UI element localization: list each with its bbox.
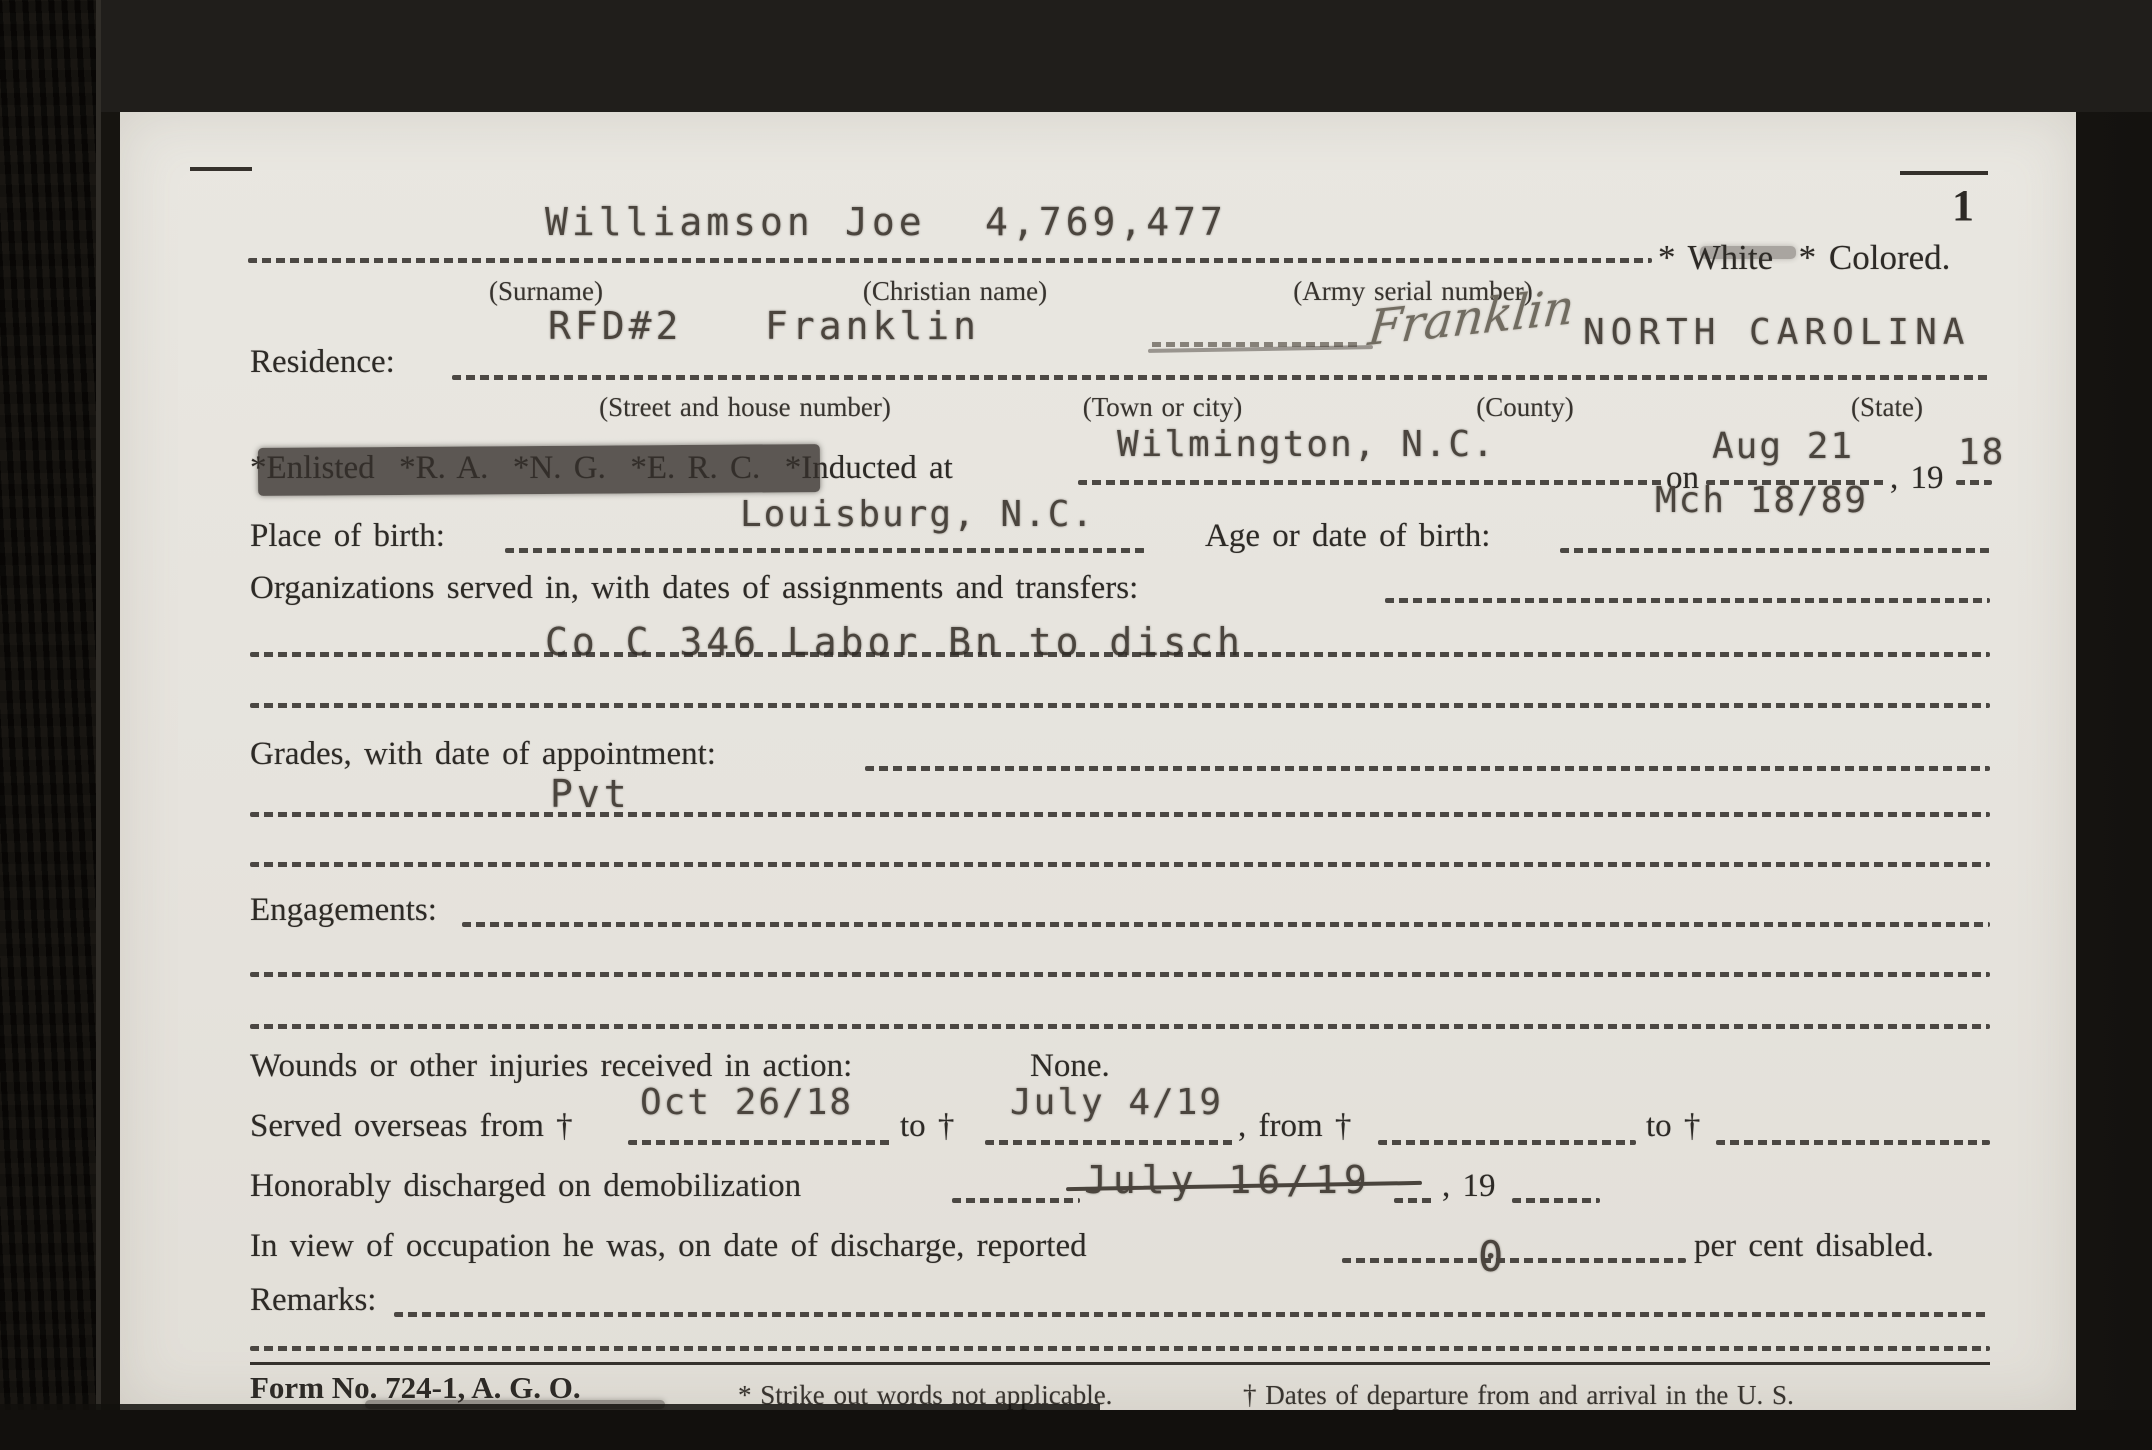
birth-place-rule [505,548,1145,553]
state-typed: NORTH CAROLINA [1583,312,1970,353]
county-label: (County) [1455,392,1595,423]
organizations-rule-2 [250,652,1990,657]
surname-label: (Surname) [446,276,646,307]
page-number: 1 [1952,180,1974,231]
discharge-rule-1 [952,1198,1080,1203]
scan-bottom-edge [0,1410,2152,1450]
town-typed: Franklin [765,304,980,348]
discharge-label: Honorably discharged on demobilization [250,1168,801,1205]
birth-place-typed: Louisburg, N.C. [740,494,1095,535]
induction-place-rule [1078,480,1662,485]
overseas-to1-label: to † [900,1108,954,1145]
birth-date-rule [1560,548,1990,553]
disability-label: In view of occupation he was, on date of… [250,1228,1087,1265]
footer-dashed-rule [250,1346,1990,1351]
street-label: (Street and house number) [560,392,930,423]
disability-percent-typed: 0 [1478,1232,1507,1281]
birth-date-typed: Mch 18/89 [1655,480,1868,521]
discharge-rule-2 [1394,1198,1436,1203]
birth-date-label: Age or date of birth: [1205,518,1490,555]
overseas-to2-label: to † [1646,1108,1700,1145]
engagements-rule-2 [250,972,1990,977]
film-edge-strip [0,0,96,1450]
town-label: (Town or city) [1055,392,1270,423]
residence-rule [452,375,1990,380]
induction-date-typed: Aug 21 [1712,426,1854,467]
street-typed: RFD#2 [548,304,682,348]
engagements-label: Engagements: [250,892,437,929]
footnote-dates: † Dates of departure from and arrival in… [1243,1380,2003,1411]
engagements-rule-3 [250,1024,1990,1029]
wounds-value: None. [1030,1048,1110,1085]
scan-dark-margin [101,0,2152,112]
disability-rule [1342,1258,1686,1263]
grade-typed: Pvt [550,772,631,816]
top-left-mark [190,167,252,171]
overseas-rule-4 [1716,1140,1990,1145]
grades-rule-2 [250,812,1990,817]
christian-name-typed: Joe [845,200,926,244]
grades-rule-3 [250,862,1990,867]
microfilm-scan: 1 Williamson Joe 4,769,477 * White * Col… [0,0,2152,1450]
induction-year-rule [1956,480,1992,485]
overseas-rule-3 [1378,1140,1636,1145]
birth-place-label: Place of birth: [250,518,445,555]
overseas-from2-label: , from † [1238,1108,1351,1145]
overseas-rule-1 [628,1140,892,1145]
induction-year-label: , 19 [1890,460,1944,497]
overseas-label: Served overseas from † [250,1108,573,1145]
grades-rule-1 [865,766,1990,771]
organizations-label: Organizations served in, with dates of a… [250,570,1138,607]
overseas-rule-2 [985,1140,1237,1145]
state-label: (State) [1822,392,1952,423]
discharge-year-label: , 19 [1442,1168,1496,1205]
strikeout-smear [258,444,820,496]
overseas-from1-typed: Oct 26/18 [640,1082,853,1123]
remarks-label: Remarks: [250,1282,376,1319]
residence-label: Residence: [250,344,395,381]
organizations-rule-3 [250,703,1990,708]
wounds-label: Wounds or other injuries received in act… [250,1048,852,1085]
page-number-overline [1900,171,1988,175]
overseas-to1-typed: July 4/19 [1010,1082,1223,1123]
engagements-rule-1 [462,922,1990,927]
induction-year-typed: 18 [1958,432,2005,473]
grades-label: Grades, with date of appointment: [250,736,716,773]
discharge-rule-3 [1512,1198,1600,1203]
surname-typed: Williamson [545,200,814,244]
organizations-typed: Co C 346 Labor Bn to disch [545,620,1244,664]
induction-place-typed: Wilmington, N.C. [1117,424,1496,465]
footer-solid-rule [250,1362,1990,1365]
remarks-rule [394,1312,1990,1317]
ink-smudge [1700,246,1796,259]
organizations-rule-1 [1385,598,1990,603]
name-rule [248,258,1652,263]
film-seam-line [96,0,101,1450]
disability-suffix-label: per cent disabled. [1694,1228,1934,1265]
discharge-date-typed: July 16/19 [1084,1158,1373,1202]
christian-name-label: (Christian name) [825,276,1085,307]
serial-number-typed: 4,769,477 [985,200,1227,244]
